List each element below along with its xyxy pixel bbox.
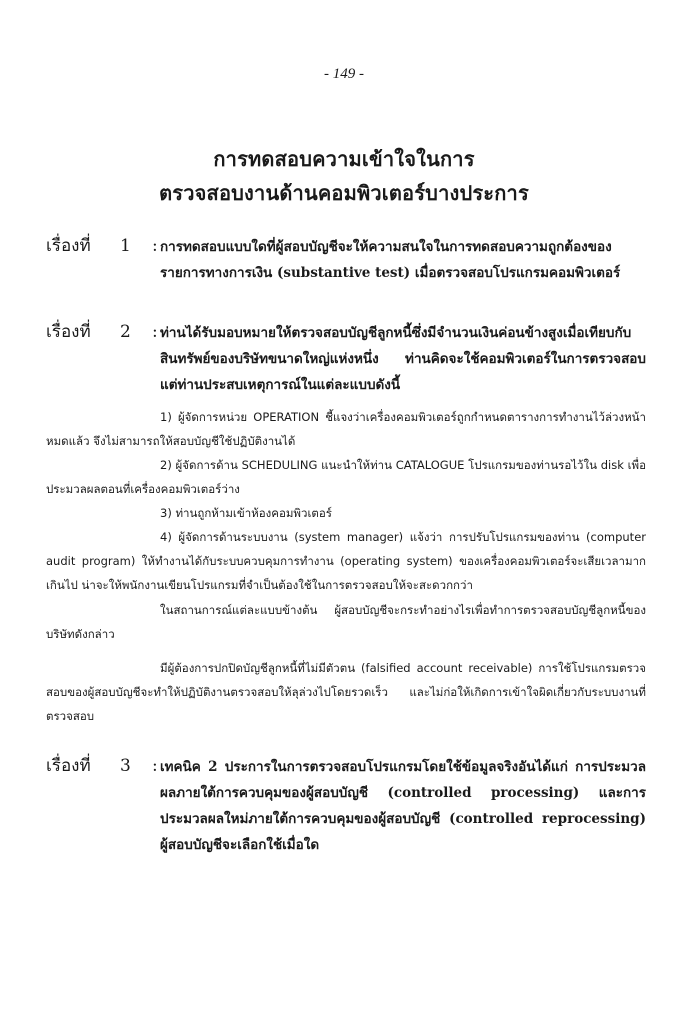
list-item: 3) ท่านถูกห้ามเข้าห้องคอมพิวเตอร์ — [46, 501, 646, 525]
topic-text: เทคนิค 2 ประการในการตรวจสอบโปรแกรมโดยใช้… — [160, 754, 646, 858]
topic-text: ท่านได้รับมอบหมายให้ตรวจสอบบัญชีลูกหนี้ซ… — [160, 320, 646, 398]
note-text: มีผู้ต้องการปกปิดบัญชีลูกหนี้ที่ไม่มีตัว… — [46, 656, 646, 728]
page-title-line-1: การทดสอบความเข้าใจในการ — [0, 143, 688, 175]
list-item: 4) ผู้จัดการด้านระบบงาน (system manager)… — [46, 525, 646, 597]
topic-2-question: ในสถานการณ์แต่ละแบบข้างต้น ผู้สอบบัญชีจะ… — [46, 598, 646, 646]
topic-2-items: 1) ผู้จัดการหน่วย OPERATION ชี้แจงว่าเคร… — [46, 405, 646, 597]
page-title-line-2: ตรวจสอบงานด้านคอมพิวเตอร์บางประการ — [0, 177, 688, 209]
topic-2: เรื่องที่ 2 : ท่านได้รับมอบหมายให้ตรวจสอ… — [46, 318, 646, 403]
topic-1: เรื่องที่ 1 : การทดสอบแบบใดที่ผู้สอบบัญช… — [46, 232, 646, 292]
topic-label: เรื่องที่ — [46, 232, 106, 259]
question-text: ในสถานการณ์แต่ละแบบข้างต้น ผู้สอบบัญชีจะ… — [46, 598, 646, 646]
topic-label: เรื่องที่ — [46, 752, 106, 779]
topic-heading: เรื่องที่ 2 : — [46, 318, 165, 345]
topic-heading: เรื่องที่ 3 : — [46, 752, 165, 779]
topic-number: 3 — [111, 756, 139, 776]
topic-2-note: มีผู้ต้องการปกปิดบัญชีลูกหนี้ที่ไม่มีตัว… — [46, 656, 646, 728]
topic-label: เรื่องที่ — [46, 318, 106, 345]
topic-3: เรื่องที่ 3 : เทคนิค 2 ประการในการตรวจสอ… — [46, 752, 646, 862]
topic-heading: เรื่องที่ 1 : — [46, 232, 165, 259]
topic-number: 2 — [111, 322, 139, 342]
page-number: - 149 - — [0, 66, 688, 83]
list-item: 1) ผู้จัดการหน่วย OPERATION ชี้แจงว่าเคร… — [46, 405, 646, 453]
topic-number: 1 — [111, 236, 139, 256]
list-item: 2) ผู้จัดการด้าน SCHEDULING แนะนำให้ท่าน… — [46, 453, 646, 501]
topic-text: การทดสอบแบบใดที่ผู้สอบบัญชีจะให้ความสนใจ… — [160, 234, 646, 286]
